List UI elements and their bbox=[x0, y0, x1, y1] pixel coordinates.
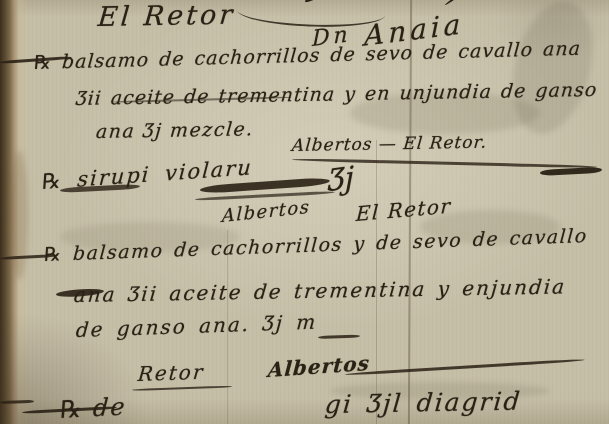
recipe3-line3: de ganso ana. Ʒj m bbox=[75, 310, 318, 343]
recipe2-signature-left: Albertos bbox=[222, 197, 311, 227]
binding-stain bbox=[10, 150, 28, 280]
signature-upstroke bbox=[444, 0, 488, 6]
recipe3-signature-left: Retor bbox=[137, 360, 206, 386]
recipe3-line2: ana Ʒii aceite de trementina y enjundia bbox=[73, 274, 567, 307]
recipe-mark-strike bbox=[0, 400, 34, 404]
recipe2-quantity: Ʒj bbox=[328, 160, 354, 199]
signature-underline bbox=[132, 386, 232, 391]
recipe3-signature-right: Albertos bbox=[267, 351, 371, 382]
recipe1-signatures: Albertos — El Retor. bbox=[291, 133, 488, 156]
margin-flourish-stroke bbox=[304, 0, 322, 3]
manuscript-page: El Retor Dn Anaia ℞ balsamo de cachorril… bbox=[0, 0, 609, 424]
heading-el-retor: El Retor bbox=[97, 0, 237, 33]
trailing-dash bbox=[318, 335, 360, 339]
recipe1-line3: ana Ʒj mezcle. bbox=[95, 118, 255, 143]
recipe4-fragment: gi Ʒjl diagrid bbox=[324, 387, 523, 419]
recipe1-line1: ℞ balsamo de cachorrillos de sevo de cav… bbox=[33, 38, 582, 74]
heavy-dash bbox=[540, 167, 602, 176]
signature-long-stroke bbox=[345, 358, 585, 375]
